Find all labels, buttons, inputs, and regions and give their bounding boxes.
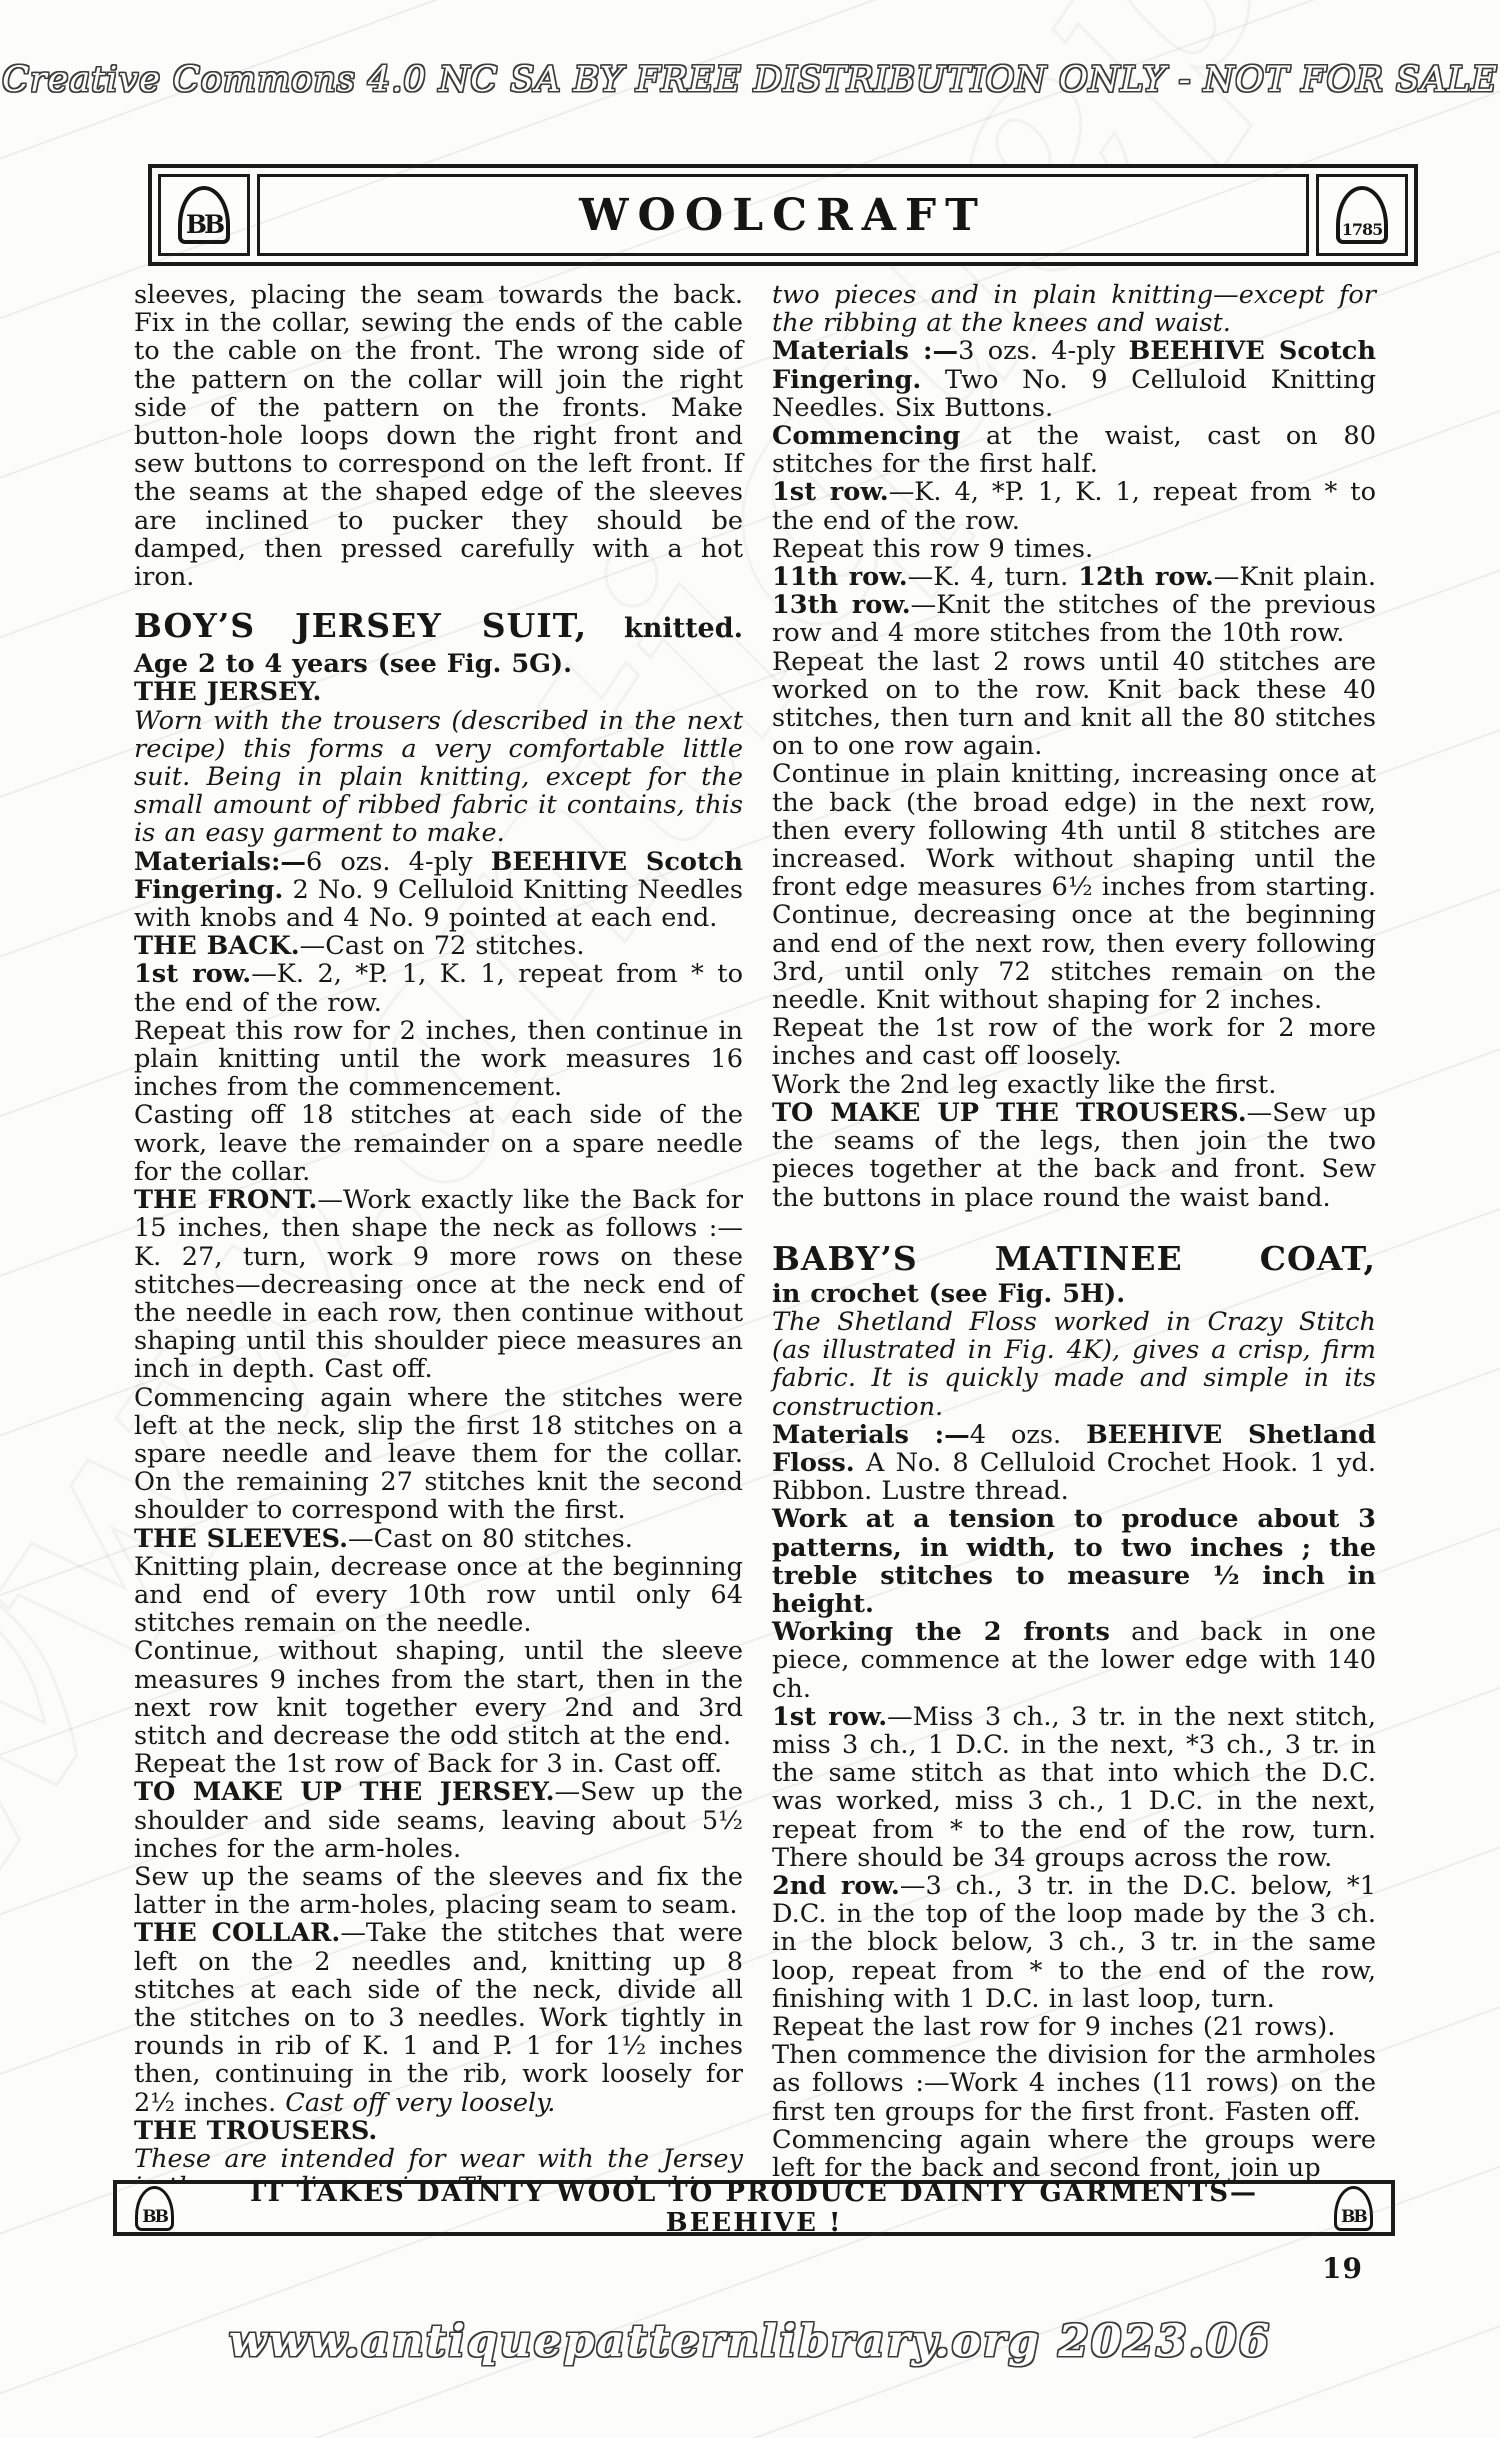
text-block: Commencing at the waist, cast on 80 stit… bbox=[772, 422, 1376, 478]
text-segment: —Knit plain. bbox=[1214, 562, 1376, 592]
text-block: BABY’S MATINEE COAT, bbox=[772, 1238, 1376, 1280]
text-block: Materials :—4 ozs. BEEHIVE Shetland Flos… bbox=[772, 1421, 1376, 1506]
text-segment: in crochet (see Fig. 5H). bbox=[772, 1279, 1125, 1309]
text-block: 1st row.—Miss 3 ch., 3 tr. in the next s… bbox=[772, 1703, 1376, 1872]
text-segment: knitted. bbox=[587, 613, 743, 644]
text-segment: Commencing again where the groups were l… bbox=[772, 2125, 1376, 2183]
text-segment: TO MAKE UP THE JERSEY. bbox=[134, 1777, 555, 1807]
header-banner: BB WOOLCRAFT 1785 bbox=[148, 164, 1418, 266]
text-block: TO MAKE UP THE JERSEY.—Sew up the should… bbox=[134, 1778, 743, 1863]
text-segment: Work at a tension to produce about 3 pat… bbox=[772, 1504, 1376, 1619]
text-segment: 4 ozs. bbox=[970, 1420, 1086, 1450]
text-segment: 13th row. bbox=[772, 590, 911, 620]
text-segment: Repeat the 1st row of the work for 2 mor… bbox=[772, 1013, 1376, 1071]
text-block: in crochet (see Fig. 5H). bbox=[772, 1280, 1376, 1308]
text-segment: 1st row. bbox=[134, 959, 251, 989]
text-block: BOY’S JERSEY SUIT, knitted. bbox=[134, 605, 743, 650]
footer-watermark: www.antiquepatternlibrary.org 2023.06 bbox=[0, 2316, 1500, 2367]
text-segment: Commencing again where the stitches were… bbox=[134, 1383, 743, 1526]
text-block: Repeat the 1st row of Back for 3 in. Cas… bbox=[134, 1750, 743, 1778]
header-logo-right-box: 1785 bbox=[1316, 174, 1408, 256]
text-segment: —Cast on 72 stitches. bbox=[300, 931, 585, 961]
text-segment: Materials :— bbox=[772, 1420, 970, 1450]
text-block: THE TROUSERS. bbox=[134, 2117, 743, 2145]
text-block: 2nd row.—3 ch., 3 tr. in the D.C. below,… bbox=[772, 1872, 1376, 2013]
text-block: Materials:—6 ozs. 4-ply BEEHIVE Scotch F… bbox=[134, 848, 743, 933]
text-block: Casting off 18 stitches at each side of … bbox=[134, 1101, 743, 1186]
text-segment: —Work exactly like the Back for 15 inche… bbox=[134, 1185, 743, 1384]
text-segment: 6 ozs. 4-ply bbox=[306, 847, 491, 877]
text-block: Worn with the trousers (described in the… bbox=[134, 707, 743, 848]
text-block: Work at a tension to produce about 3 pat… bbox=[772, 1505, 1376, 1618]
text-block: Repeat the last row for 9 inches (21 row… bbox=[772, 2013, 1376, 2041]
page-number: 19 bbox=[1322, 2252, 1363, 2285]
text-segment: 12th row. bbox=[1078, 562, 1214, 592]
page-title: WOOLCRAFT bbox=[579, 190, 987, 241]
text-segment: —Cast on 80 stitches. bbox=[348, 1524, 633, 1554]
text-segment: Continue, without shaping, until the sle… bbox=[134, 1636, 743, 1751]
text-segment: Repeat this row for 2 inches, then conti… bbox=[134, 1016, 743, 1102]
text-block: THE JERSEY. bbox=[134, 678, 743, 706]
text-block: 1st row.—K. 4, *P. 1, K. 1, repeat from … bbox=[772, 478, 1376, 534]
header-title-box: WOOLCRAFT bbox=[257, 174, 1309, 256]
text-segment: sleeves, placing the seam towards the ba… bbox=[134, 280, 743, 592]
beehive-bb-icon: BB bbox=[1334, 2186, 1373, 2231]
text-block: two pieces and in plain knitting—except … bbox=[772, 281, 1376, 337]
footer-banner: BB IT TAKES DAINTY WOOL TO PRODUCE DAINT… bbox=[113, 2180, 1395, 2236]
text-segment: TO MAKE UP THE TROUSERS. bbox=[772, 1098, 1247, 1128]
text-segment: Materials :— bbox=[772, 336, 958, 366]
text-block: Commencing again where the groups were l… bbox=[772, 2126, 1376, 2182]
text-block: Work the 2nd leg exactly like the first. bbox=[772, 1071, 1376, 1099]
beehive-bb-icon: BB bbox=[178, 186, 230, 244]
text-block: THE COLLAR.—Take the stitches that were … bbox=[134, 1919, 743, 2116]
text-block: THE BACK.—Cast on 72 stitches. bbox=[134, 932, 743, 960]
text-block: Commencing again where the stitches were… bbox=[134, 1384, 743, 1525]
text-segment: A No. 8 Celluloid Crochet Hook. 1 yd. Ri… bbox=[772, 1448, 1376, 1506]
text-segment: Repeat the last 2 rows until 40 stitches… bbox=[772, 647, 1376, 762]
text-block: 1st row.—K. 2, *P. 1, K. 1, repeat from … bbox=[134, 960, 743, 1016]
text-block: 11th row.—K. 4, turn. 12th row.—Knit pla… bbox=[772, 563, 1376, 648]
text-segment: Sew up the seams of the sleeves and fix … bbox=[134, 1862, 743, 1920]
license-notice: Creative Commons 4.0 NC SA BY FREE DISTR… bbox=[0, 60, 1500, 100]
text-segment: 11th row. bbox=[772, 562, 908, 592]
text-segment: Age 2 to 4 years (see Fig. 5G). bbox=[134, 649, 572, 679]
text-segment: THE TROUSERS. bbox=[134, 2116, 377, 2146]
text-block: THE SLEEVES.—Cast on 80 stitches. bbox=[134, 1525, 743, 1553]
text-segment: Knitting plain, decrease once at the beg… bbox=[134, 1552, 743, 1638]
text-segment: 1st row. bbox=[772, 477, 889, 507]
text-segment: Cast off very loosely. bbox=[285, 2088, 555, 2118]
text-block: The Shetland Floss worked in Crazy Stitc… bbox=[772, 1308, 1376, 1421]
text-segment: BOY’S JERSEY SUIT, bbox=[134, 606, 587, 645]
text-block: Repeat the last 2 rows until 40 stitches… bbox=[772, 648, 1376, 761]
text-block: Age 2 to 4 years (see Fig. 5G). bbox=[134, 650, 743, 678]
text-segment: Work the 2nd leg exactly like the first. bbox=[772, 1070, 1276, 1100]
text-segment: THE SLEEVES. bbox=[134, 1524, 348, 1554]
text-segment: THE FRONT. bbox=[134, 1185, 317, 1215]
header-logo-left-box: BB bbox=[158, 174, 250, 256]
text-segment: 2nd row. bbox=[772, 1871, 900, 1901]
text-segment: Worn with the trousers (described in the… bbox=[134, 706, 743, 849]
right-column: two pieces and in plain knitting—except … bbox=[772, 281, 1376, 2182]
text-block: sleeves, placing the seam towards the ba… bbox=[134, 281, 743, 591]
text-block: Sew up the seams of the sleeves and fix … bbox=[134, 1863, 743, 1919]
text-segment: Continue in plain knitting, increasing o… bbox=[772, 759, 1376, 1015]
footer-slogan: IT TAKES DAINTY WOOL TO PRODUCE DAINTY G… bbox=[174, 2178, 1333, 2238]
text-block: Materials :—3 ozs. 4-ply BEEHIVE Scotch … bbox=[772, 337, 1376, 422]
text-block: Continue, without shaping, until the sle… bbox=[134, 1637, 743, 1750]
text-segment: Commencing bbox=[772, 421, 960, 451]
text-block: Repeat this row 9 times. bbox=[772, 535, 1376, 563]
text-segment: THE JERSEY. bbox=[134, 677, 321, 707]
text-block: Continue in plain knitting, increasing o… bbox=[772, 760, 1376, 1014]
text-segment: 3 ozs. 4-ply bbox=[958, 336, 1128, 366]
left-column: sleeves, placing the seam towards the ba… bbox=[134, 281, 743, 2201]
text-block: Working the 2 fronts and back in one pie… bbox=[772, 1618, 1376, 1703]
text-block: Repeat this row for 2 inches, then conti… bbox=[134, 1017, 743, 1102]
text-segment: Repeat this row 9 times. bbox=[772, 534, 1093, 564]
text-segment: —K. 4, turn. bbox=[908, 562, 1079, 592]
text-segment: The Shetland Floss worked in Crazy Stitc… bbox=[772, 1307, 1376, 1422]
text-segment: 1st row. bbox=[772, 1702, 887, 1732]
text-segment: Materials:— bbox=[134, 847, 306, 877]
text-block: TO MAKE UP THE TROUSERS.—Sew up the seam… bbox=[772, 1099, 1376, 1212]
text-segment: Casting off 18 stitches at each side of … bbox=[134, 1100, 743, 1186]
text-block: Then commence the division for the armho… bbox=[772, 2041, 1376, 2126]
text-segment: BABY’S MATINEE COAT, bbox=[772, 1239, 1376, 1278]
text-segment: THE BACK. bbox=[134, 931, 300, 961]
text-segment: THE COLLAR. bbox=[134, 1918, 340, 1948]
text-block: THE FRONT.—Work exactly like the Back fo… bbox=[134, 1186, 743, 1383]
scanned-page: www.antiquepatternlibrary.org 2023.06 Cr… bbox=[0, 0, 1500, 2438]
text-segment: Then commence the division for the armho… bbox=[772, 2040, 1376, 2126]
beehive-bb-icon: BB bbox=[135, 2186, 174, 2231]
text-block: Repeat the 1st row of the work for 2 mor… bbox=[772, 1014, 1376, 1070]
text-segment: Working the 2 fronts bbox=[772, 1617, 1110, 1647]
text-segment: Repeat the 1st row of Back for 3 in. Cas… bbox=[134, 1749, 722, 1779]
text-segment: two pieces and in plain knitting—except … bbox=[772, 280, 1376, 338]
text-segment: Repeat the last row for 9 inches (21 row… bbox=[772, 2012, 1335, 2042]
text-block: Knitting plain, decrease once at the beg… bbox=[134, 1553, 743, 1638]
beehive-1785-icon: 1785 bbox=[1336, 186, 1388, 244]
